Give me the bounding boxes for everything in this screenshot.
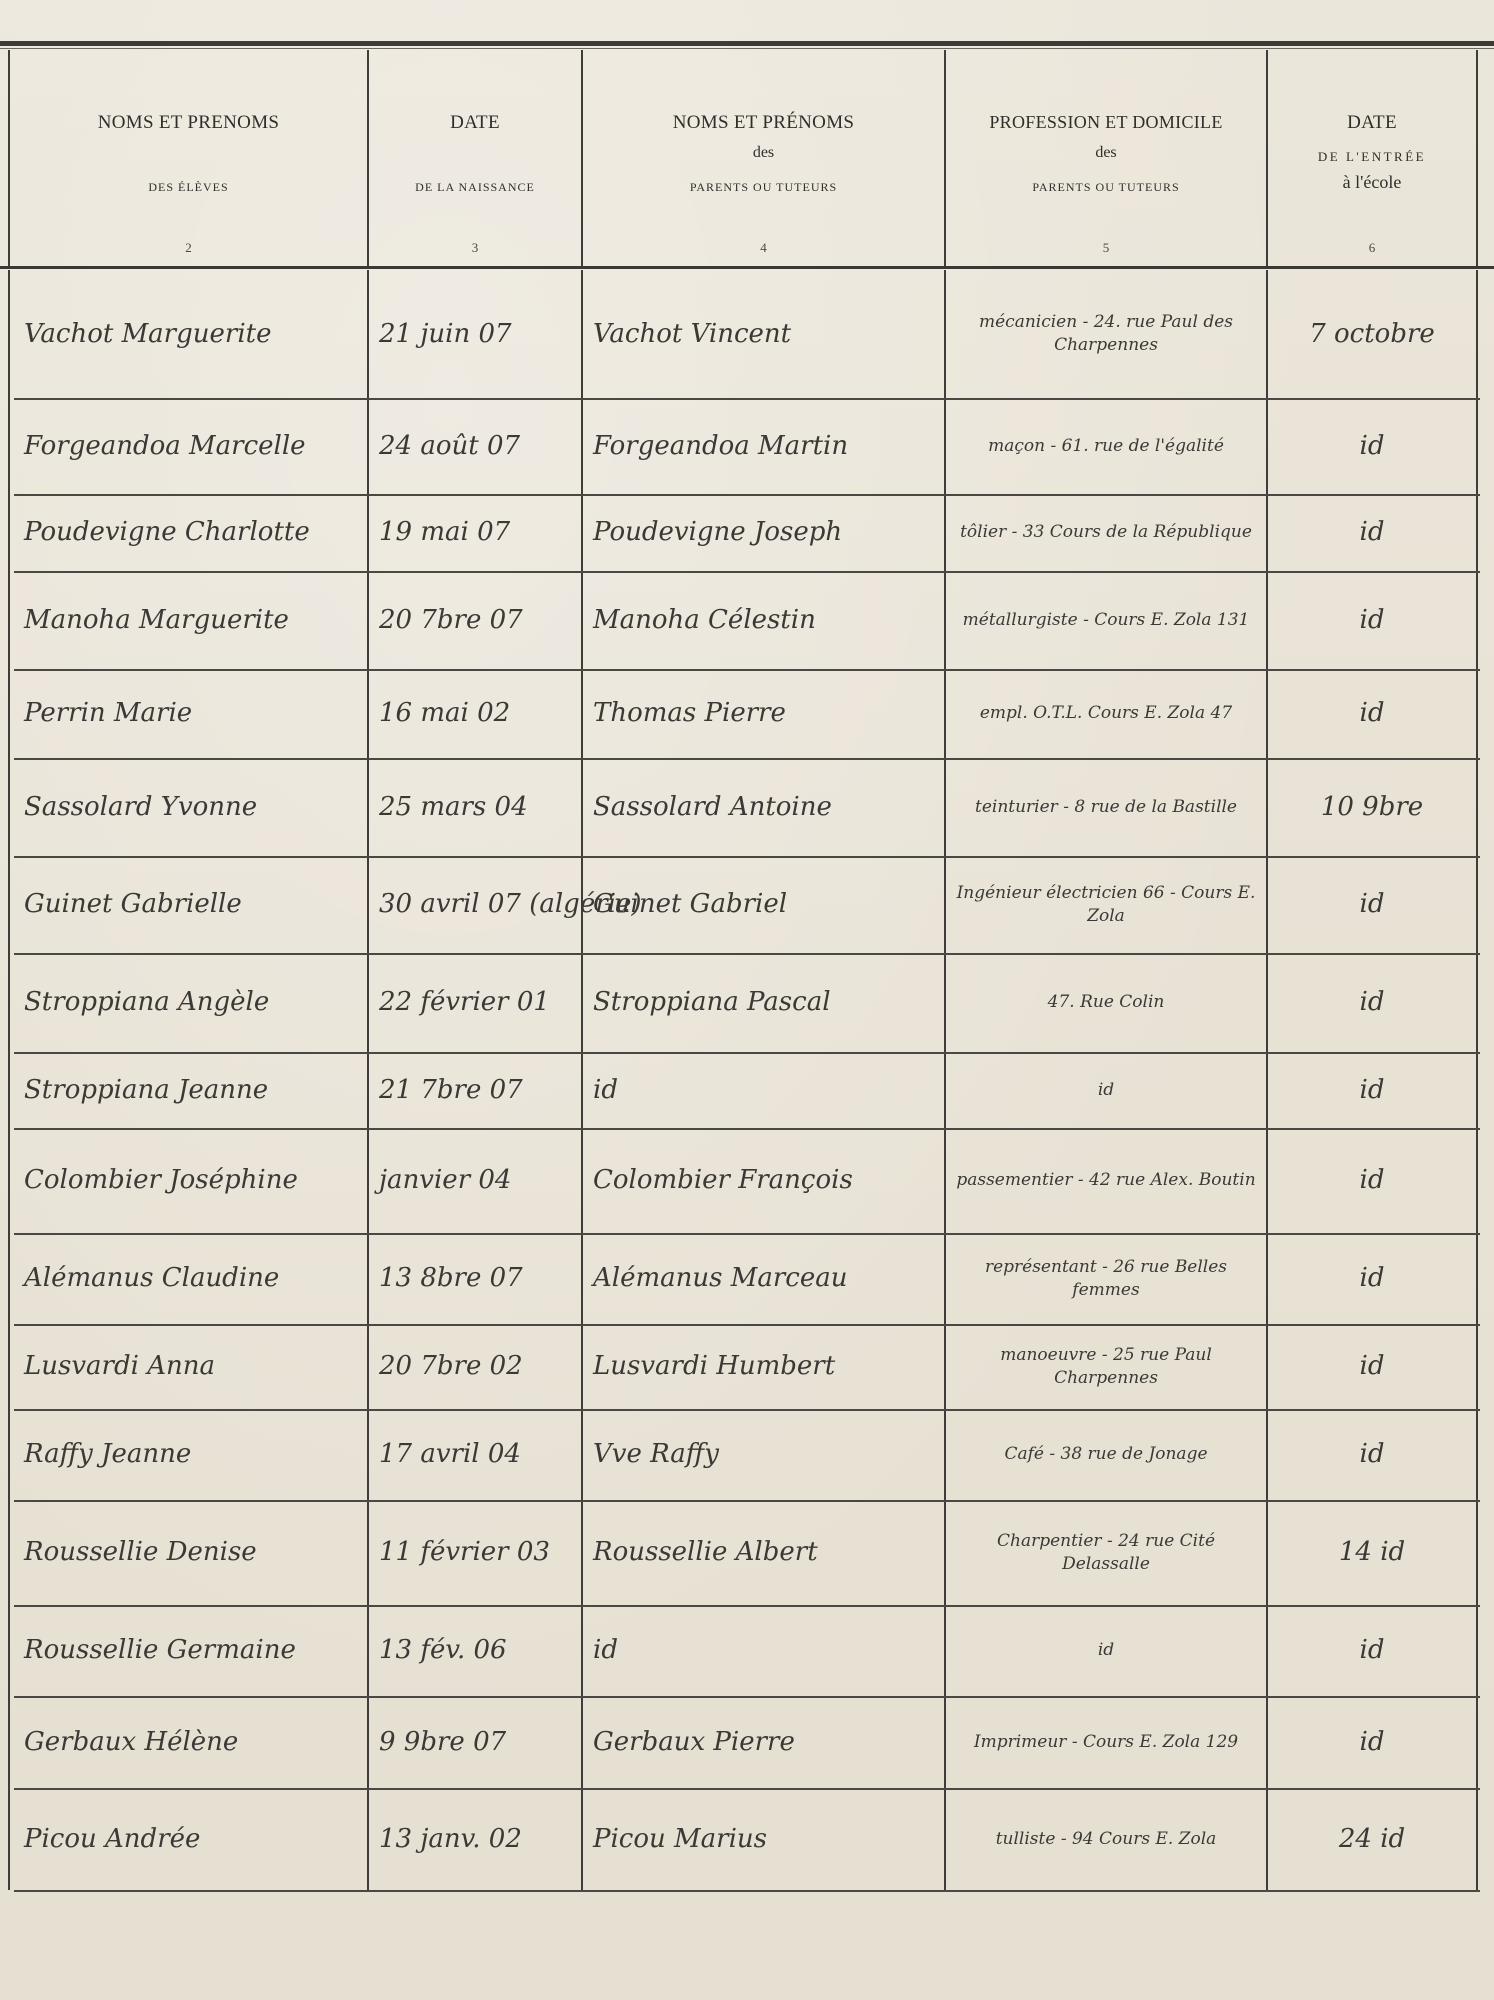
birth-date-cell: 21 juin 07 bbox=[379, 270, 571, 398]
top-rule bbox=[0, 41, 1494, 46]
parent-name-cell: Roussellie Albert bbox=[593, 1500, 934, 1605]
register-page: NOMS ET PRENOMS DES ÉLÈVES 2 DATE DE LA … bbox=[0, 0, 1494, 2000]
student-name-cell: Roussellie Denise bbox=[24, 1500, 357, 1605]
student-name-cell: Stroppiana Jeanne bbox=[24, 1052, 357, 1128]
student-name-cell: Picou Andrée bbox=[24, 1788, 357, 1890]
entry-date-cell: id bbox=[1278, 1696, 1466, 1788]
birth-date-cell: 24 août 07 bbox=[379, 398, 571, 494]
profession-cell: empl. O.T.L. Cours E. Zola 47 bbox=[956, 669, 1256, 758]
entry-date-cell: id bbox=[1278, 1409, 1466, 1500]
entry-date-cell: id bbox=[1278, 856, 1466, 953]
birth-date-cell: 13 fév. 06 bbox=[379, 1605, 571, 1696]
header-student-names: NOMS ET PRENOMS DES ÉLÈVES 2 bbox=[10, 50, 367, 264]
profession-cell: Imprimeur - Cours E. Zola 129 bbox=[956, 1696, 1256, 1788]
parent-name-cell: Colombier François bbox=[593, 1128, 934, 1233]
parent-name-cell: id bbox=[593, 1052, 934, 1128]
column-number: 3 bbox=[369, 240, 581, 256]
parent-name-cell: Manoha Célestin bbox=[593, 571, 934, 669]
entry-date-cell: id bbox=[1278, 953, 1466, 1052]
birth-date-cell: 11 février 03 bbox=[379, 1500, 571, 1605]
birth-date-cell: 16 mai 02 bbox=[379, 669, 571, 758]
header-mid: des bbox=[583, 144, 944, 162]
header-entry-date: DATE DE L'ENTRÉE à l'école 6 bbox=[1268, 50, 1476, 264]
entry-date-cell: id bbox=[1278, 1128, 1466, 1233]
entry-date-cell: id bbox=[1278, 1324, 1466, 1409]
parent-name-cell: Poudevigne Joseph bbox=[593, 494, 934, 571]
column-divider bbox=[944, 270, 946, 1890]
profession-cell: 47. Rue Colin bbox=[956, 953, 1256, 1052]
header-mid: des bbox=[946, 144, 1266, 162]
entry-date-cell: 7 octobre bbox=[1278, 270, 1466, 398]
header-birth-date: DATE DE LA NAISSANCE 3 bbox=[369, 50, 581, 264]
entry-date-cell: id bbox=[1278, 1233, 1466, 1324]
parent-name-cell: Picou Marius bbox=[593, 1788, 934, 1890]
birth-date-cell: 17 avril 04 bbox=[379, 1409, 571, 1500]
student-name-cell: Lusvardi Anna bbox=[24, 1324, 357, 1409]
parent-name-cell: Lusvardi Humbert bbox=[593, 1324, 934, 1409]
header-parent-names: NOMS ET PRÉNOMS des PARENTS OU TUTEURS 4 bbox=[583, 50, 944, 264]
parent-name-cell: Alémanus Marceau bbox=[593, 1233, 934, 1324]
column-divider bbox=[1266, 270, 1268, 1890]
entry-date-cell: 10 9bre bbox=[1278, 758, 1466, 856]
student-name-cell: Vachot Marguerite bbox=[24, 270, 357, 398]
header-title: NOMS ET PRÉNOMS bbox=[583, 112, 944, 134]
profession-cell: métallurgiste - Cours E. Zola 131 bbox=[956, 571, 1256, 669]
parent-name-cell: Sassolard Antoine bbox=[593, 758, 934, 856]
student-name-cell: Colombier Joséphine bbox=[24, 1128, 357, 1233]
profession-cell: maçon - 61. rue de l'égalité bbox=[956, 398, 1256, 494]
profession-cell: représentant - 26 rue Belles femmes bbox=[956, 1233, 1256, 1324]
parent-name-cell: id bbox=[593, 1605, 934, 1696]
student-name-cell: Sassolard Yvonne bbox=[24, 758, 357, 856]
header-mid: DE L'ENTRÉE bbox=[1268, 149, 1476, 165]
entry-date-cell: id bbox=[1278, 571, 1466, 669]
birth-date-cell: 9 9bre 07 bbox=[379, 1696, 571, 1788]
student-name-cell: Poudevigne Charlotte bbox=[24, 494, 357, 571]
column-divider bbox=[1476, 270, 1478, 1890]
profession-cell: Charpentier - 24 rue Cité Delassalle bbox=[956, 1500, 1256, 1605]
entry-date-cell: id bbox=[1278, 1605, 1466, 1696]
parent-name-cell: Forgeandoa Martin bbox=[593, 398, 934, 494]
entry-date-cell: 14 id bbox=[1278, 1500, 1466, 1605]
student-name-cell: Perrin Marie bbox=[24, 669, 357, 758]
profession-cell: teinturier - 8 rue de la Bastille bbox=[956, 758, 1256, 856]
birth-date-cell: 22 février 01 bbox=[379, 953, 571, 1052]
birth-date-cell: 30 avril 07 (algérie) bbox=[379, 856, 571, 953]
column-number: 5 bbox=[946, 240, 1266, 256]
student-name-cell: Manoha Marguerite bbox=[24, 571, 357, 669]
birth-date-cell: 13 janv. 02 bbox=[379, 1788, 571, 1890]
entry-date-cell: id bbox=[1278, 398, 1466, 494]
birth-date-cell: 25 mars 04 bbox=[379, 758, 571, 856]
header-subtitle: DES ÉLÈVES bbox=[10, 180, 367, 195]
profession-cell: passementier - 42 rue Alex. Boutin bbox=[956, 1128, 1256, 1233]
column-number: 2 bbox=[10, 240, 367, 256]
entry-date-cell: id bbox=[1278, 1052, 1466, 1128]
student-name-cell: Alémanus Claudine bbox=[24, 1233, 357, 1324]
column-divider bbox=[8, 270, 10, 1890]
birth-date-cell: 19 mai 07 bbox=[379, 494, 571, 571]
profession-cell: Café - 38 rue de Jonage bbox=[956, 1409, 1256, 1500]
header-profession: PROFESSION ET DOMICILE des PARENTS OU TU… bbox=[946, 50, 1266, 264]
header-title: PROFESSION ET DOMICILE bbox=[946, 112, 1266, 133]
student-name-cell: Roussellie Germaine bbox=[24, 1605, 357, 1696]
student-name-cell: Raffy Jeanne bbox=[24, 1409, 357, 1500]
header-title: DATE bbox=[369, 112, 581, 134]
header-separator bbox=[0, 266, 1494, 269]
header-subtitle: à l'école bbox=[1268, 172, 1476, 193]
column-divider bbox=[367, 270, 369, 1890]
header-title: DATE bbox=[1268, 112, 1476, 134]
student-name-cell: Forgeandoa Marcelle bbox=[24, 398, 357, 494]
student-name-cell: Stroppiana Angèle bbox=[24, 953, 357, 1052]
profession-cell: id bbox=[956, 1052, 1256, 1128]
student-name-cell: Guinet Gabrielle bbox=[24, 856, 357, 953]
parent-name-cell: Stroppiana Pascal bbox=[593, 953, 934, 1052]
column-divider bbox=[1476, 50, 1478, 266]
column-divider bbox=[581, 270, 583, 1890]
birth-date-cell: janvier 04 bbox=[379, 1128, 571, 1233]
header-title: NOMS ET PRENOMS bbox=[10, 112, 367, 134]
header-subtitle: PARENTS OU TUTEURS bbox=[583, 180, 944, 195]
profession-cell: manoeuvre - 25 rue Paul Charpennes bbox=[956, 1324, 1256, 1409]
student-name-cell: Gerbaux Hélène bbox=[24, 1696, 357, 1788]
column-number: 6 bbox=[1268, 240, 1476, 256]
profession-cell: id bbox=[956, 1605, 1256, 1696]
parent-name-cell: Vve Raffy bbox=[593, 1409, 934, 1500]
profession-cell: mécanicien - 24. rue Paul des Charpennes bbox=[956, 270, 1256, 398]
parent-name-cell: Guinet Gabriel bbox=[593, 856, 934, 953]
header-subtitle: DE LA NAISSANCE bbox=[369, 180, 581, 195]
profession-cell: tulliste - 94 Cours E. Zola bbox=[956, 1788, 1256, 1890]
birth-date-cell: 21 7bre 07 bbox=[379, 1052, 571, 1128]
profession-cell: tôlier - 33 Cours de la République bbox=[956, 494, 1256, 571]
top-rule-thin bbox=[0, 48, 1494, 49]
entry-date-cell: id bbox=[1278, 494, 1466, 571]
parent-name-cell: Thomas Pierre bbox=[593, 669, 934, 758]
row-divider bbox=[14, 1890, 1480, 1892]
profession-cell: Ingénieur électricien 66 - Cours E. Zola bbox=[956, 856, 1256, 953]
birth-date-cell: 13 8bre 07 bbox=[379, 1233, 571, 1324]
parent-name-cell: Gerbaux Pierre bbox=[593, 1696, 934, 1788]
birth-date-cell: 20 7bre 02 bbox=[379, 1324, 571, 1409]
entry-date-cell: 24 id bbox=[1278, 1788, 1466, 1890]
column-number: 4 bbox=[583, 240, 944, 256]
parent-name-cell: Vachot Vincent bbox=[593, 270, 934, 398]
birth-date-cell: 20 7bre 07 bbox=[379, 571, 571, 669]
header-subtitle: PARENTS OU TUTEURS bbox=[946, 180, 1266, 195]
entry-date-cell: id bbox=[1278, 669, 1466, 758]
